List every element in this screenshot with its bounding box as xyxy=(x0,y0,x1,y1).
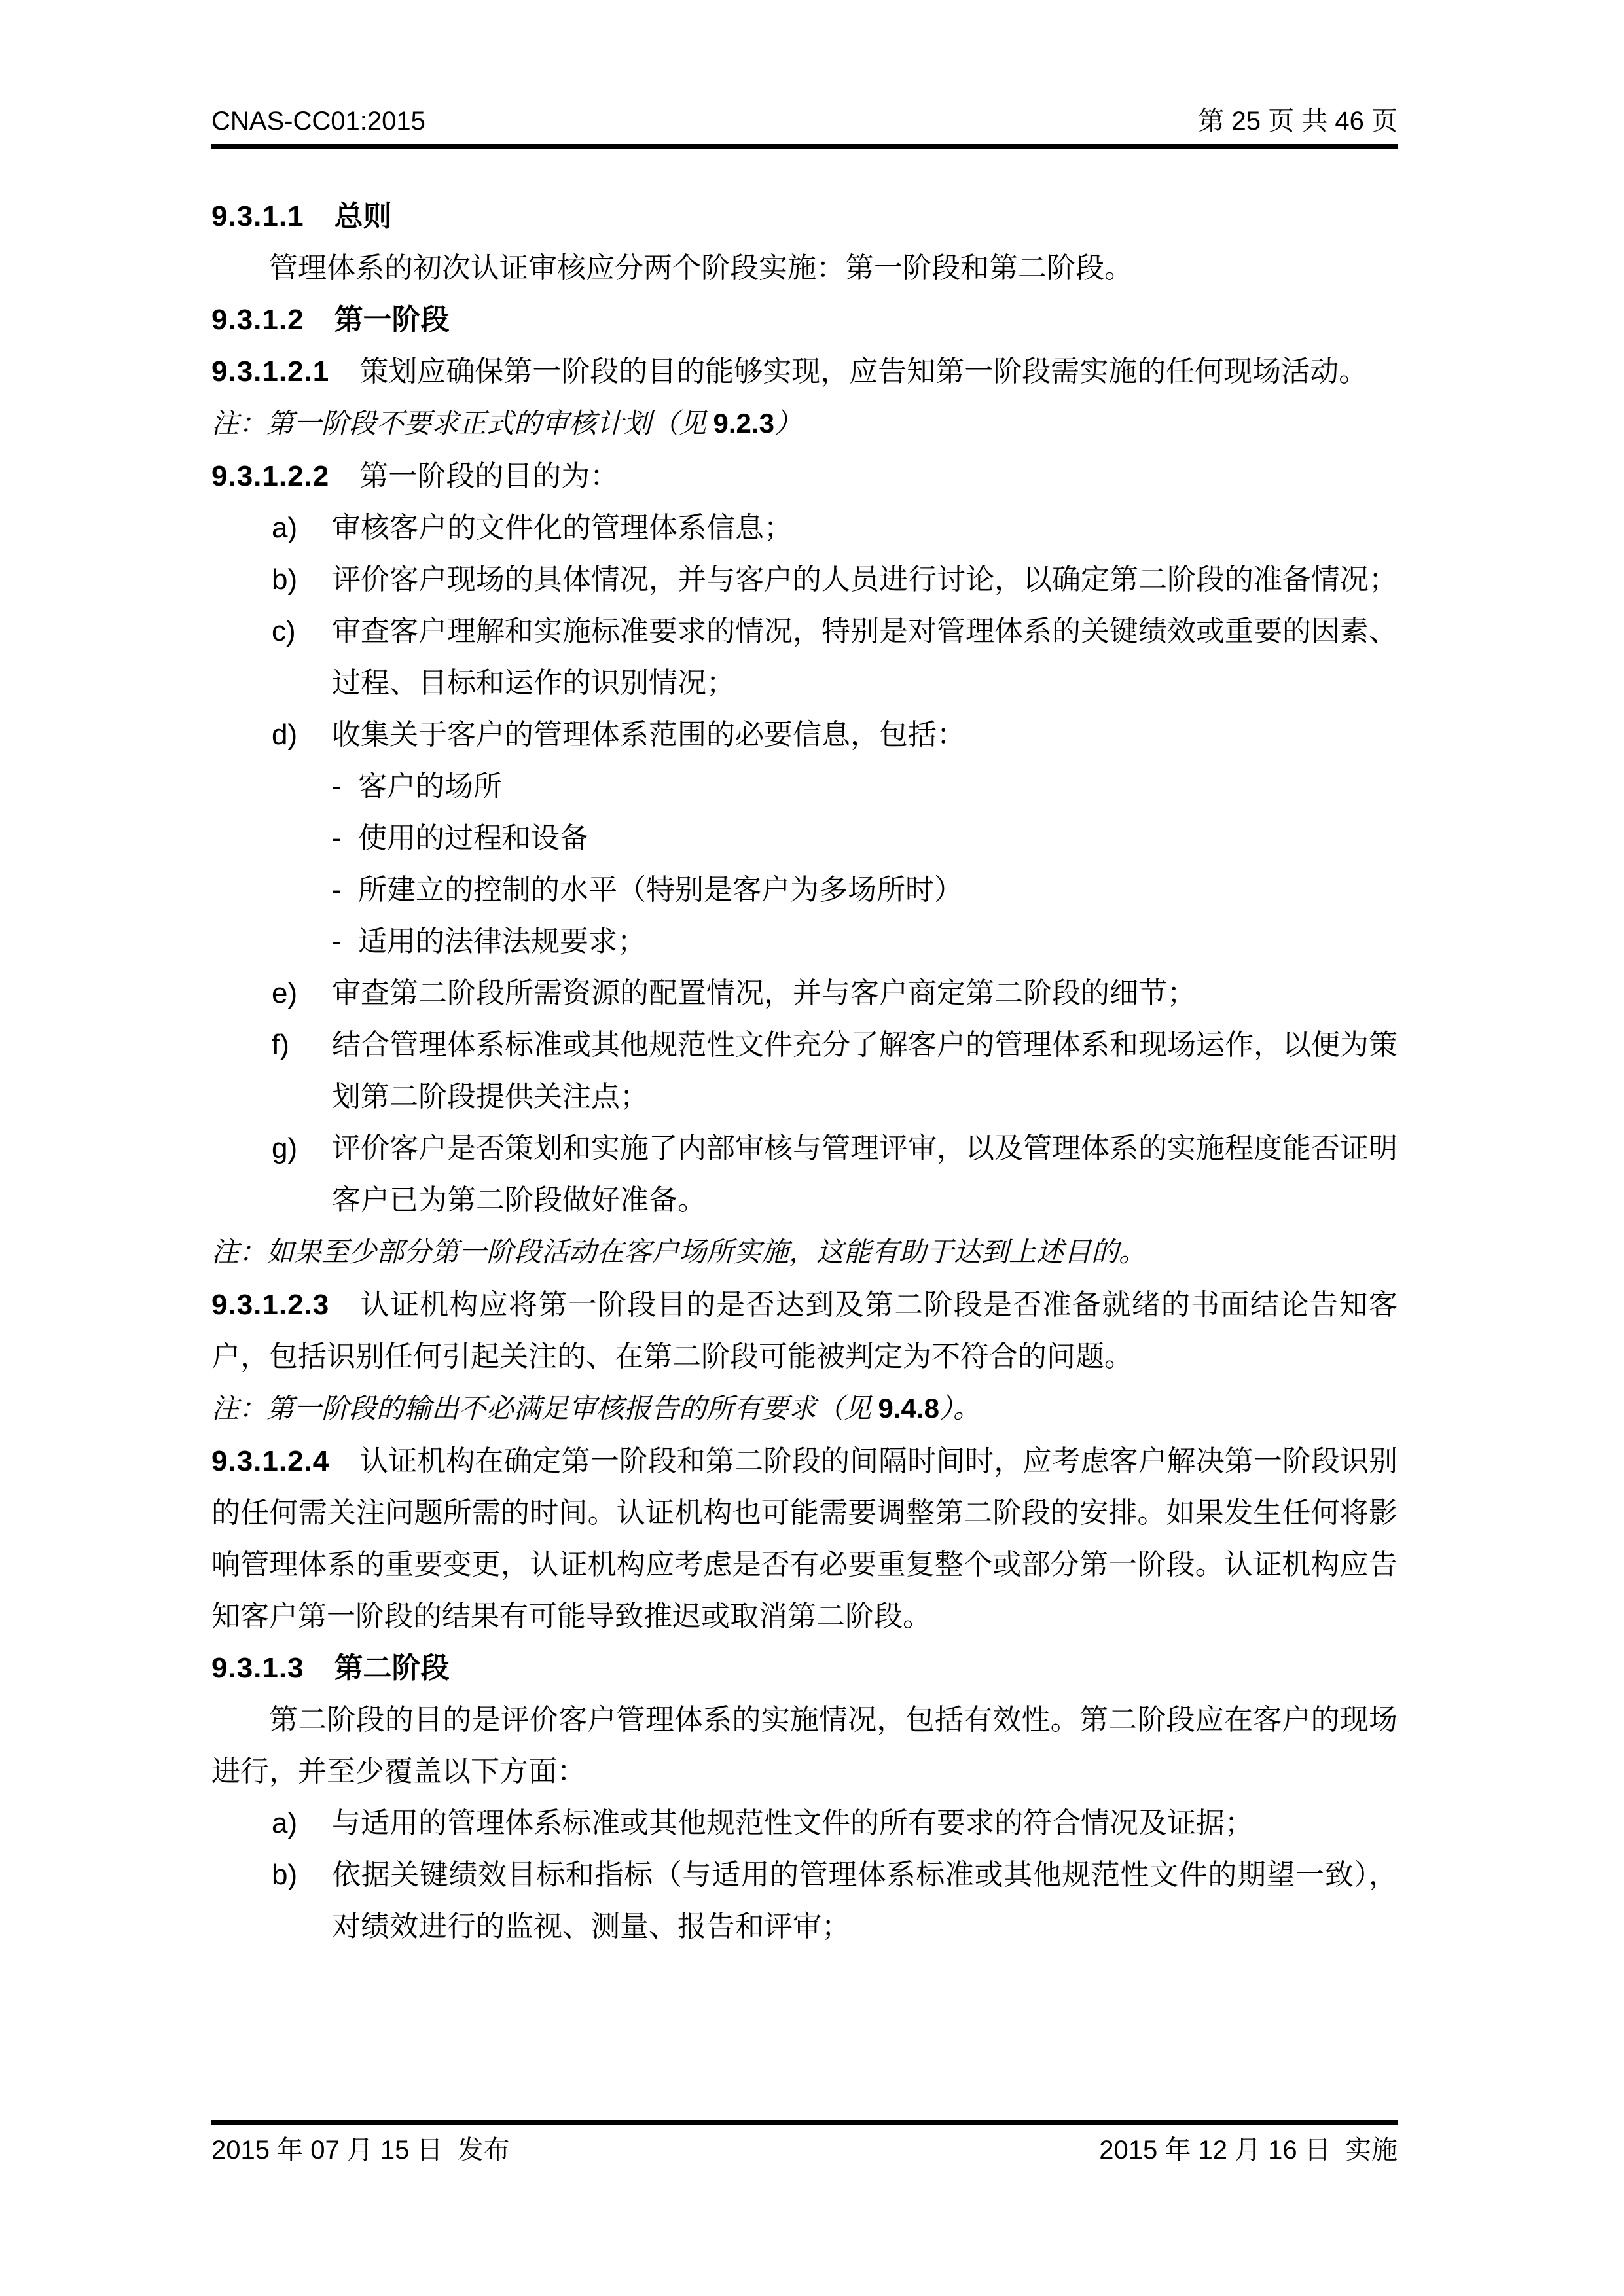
clause-paragraph-9.3.1.2.4: 9.3.1.2.4认证机构在确定第一阶段和第二阶段的间隔时间时，应考虑客户解决第… xyxy=(211,1435,1398,1642)
list-item-text: 与适用的管理体系标准或其他规范性文件的所有要求的符合情况及证据； xyxy=(332,1797,1398,1849)
list-item-text: 结合管理体系标准或其他规范性文件充分了解客户的管理体系和现场运作，以便为策划第二… xyxy=(332,1019,1398,1122)
paragraph: 第二阶段的目的是评价客户管理体系的实施情况，包括有效性。第二阶段应在客户的现场进… xyxy=(211,1694,1398,1797)
list-item-d: d) 收集关于客户的管理体系范围的必要信息，包括： xyxy=(272,709,1398,761)
dash-bullet: - xyxy=(332,761,358,812)
dash-bullet: - xyxy=(332,864,358,916)
clause-number: 9.3.1.2 xyxy=(211,304,304,336)
dash-item-text: 使用的过程和设备 xyxy=(358,812,1398,864)
release-date: 2015 年 07 月 15 日 发布 xyxy=(211,2132,510,2168)
document-code: CNAS-CC01:2015 xyxy=(211,102,425,140)
list-item-b2: b) 依据关键绩效目标和指标（与适用的管理体系标准或其他规范性文件的期望一致），… xyxy=(272,1849,1398,1952)
list-item-label: f) xyxy=(272,1019,332,1122)
clause-number: 9.3.1.2.1 xyxy=(211,355,329,387)
dash-item: - 使用的过程和设备 xyxy=(332,812,1398,864)
page-header: CNAS-CC01:2015 第 25 页 共 46 页 xyxy=(211,102,1398,149)
clause-paragraph-9.3.1.2.1: 9.3.1.2.1策划应确保第一阶段的目的能够实现，应告知第一阶段需实施的任何现… xyxy=(211,346,1398,397)
clause-text: 第一阶段的目的为： xyxy=(359,460,619,492)
clause-number: 9.3.1.2.2 xyxy=(211,460,329,492)
clause-number: 9.3.1.3 xyxy=(211,1652,304,1684)
list-item-label: c) xyxy=(272,605,332,709)
list-item-label: a) xyxy=(272,1797,332,1849)
list-item-e: e) 审查第二阶段所需资源的配置情况，并与客户商定第二阶段的细节； xyxy=(272,967,1398,1019)
note-text: 注：如果至少部分第一阶段活动在客户场所实施，这能有助于达到上述目的。 xyxy=(211,1238,1146,1268)
list-item-label: d) xyxy=(272,709,332,761)
list-item-label: b) xyxy=(272,554,332,605)
dash-item-text: 客户的场所 xyxy=(358,761,1398,812)
clause-title: 第二阶段 xyxy=(334,1652,450,1684)
list-item-label: a) xyxy=(272,502,332,554)
note: 注：如果至少部分第一阶段活动在客户场所实施，这能有助于达到上述目的。 xyxy=(211,1226,1398,1279)
clause-heading-9.3.1.1: 9.3.1.1总则 xyxy=(211,190,1398,242)
clause-heading-9.3.1.3: 9.3.1.3第二阶段 xyxy=(211,1642,1398,1694)
clause-paragraph-9.3.1.2.2: 9.3.1.2.2第一阶段的目的为： xyxy=(211,450,1398,502)
clause-text: 认证机构应将第一阶段目的是否达到及第二阶段是否准备就绪的书面结论告知客户，包括识… xyxy=(211,1289,1398,1372)
list-item-a2: a) 与适用的管理体系标准或其他规范性文件的所有要求的符合情况及证据； xyxy=(272,1797,1398,1849)
list-item-a: a) 审核客户的文件化的管理体系信息； xyxy=(272,502,1398,554)
list-item-f: f) 结合管理体系标准或其他规范性文件充分了解客户的管理体系和现场运作，以便为策… xyxy=(272,1019,1398,1122)
clause-reference: 9.4.8 xyxy=(878,1393,939,1424)
clause-reference: 9.2.3 xyxy=(713,408,774,439)
list-item-text: 收集关于客户的管理体系范围的必要信息，包括： xyxy=(332,709,1398,761)
note: 注：第一阶段的输出不必满足审核报告的所有要求（见 9.4.8）。 xyxy=(211,1382,1398,1435)
clause-title: 总则 xyxy=(334,200,392,232)
clause-title: 第一阶段 xyxy=(334,304,450,336)
list-item-label: e) xyxy=(272,967,332,1019)
clause-number: 9.3.1.2.3 xyxy=(211,1289,329,1321)
list-item-text: 审查客户理解和实施标准要求的情况，特别是对管理体系的关键绩效或重要的因素、过程、… xyxy=(332,605,1398,709)
clause-text: 策划应确保第一阶段的目的能够实现，应告知第一阶段需实施的任何现场活动。 xyxy=(359,355,1367,387)
list-item-label: b) xyxy=(272,1849,332,1952)
dash-item: - 所建立的控制的水平（特别是客户为多场所时） xyxy=(332,864,1398,916)
dash-bullet: - xyxy=(332,916,358,967)
list-item-label: g) xyxy=(272,1122,332,1226)
clause-number: 9.3.1.2.4 xyxy=(211,1445,329,1477)
paragraph: 管理体系的初次认证审核应分两个阶段实施：第一阶段和第二阶段。 xyxy=(211,242,1398,294)
list-item-text: 评价客户是否策划和实施了内部审核与管理评审，以及管理体系的实施程度能否证明客户已… xyxy=(332,1122,1398,1226)
dash-item-text: 适用的法律法规要求； xyxy=(358,916,1398,967)
list-item-c: c) 审查客户理解和实施标准要求的情况，特别是对管理体系的关键绩效或重要的因素、… xyxy=(272,605,1398,709)
list-item-text: 审核客户的文件化的管理体系信息； xyxy=(332,502,1398,554)
page-footer: 2015 年 07 月 15 日 发布 2015 年 12 月 16 日 实施 xyxy=(211,2120,1398,2168)
dash-item: - 客户的场所 xyxy=(332,761,1398,812)
clause-text: 认证机构在确定第一阶段和第二阶段的间隔时间时，应考虑客户解决第一阶段识别的任何需… xyxy=(211,1445,1398,1632)
implementation-date: 2015 年 12 月 16 日 实施 xyxy=(1099,2132,1398,2168)
list-item-text: 审查第二阶段所需资源的配置情况，并与客户商定第二阶段的细节； xyxy=(332,967,1398,1019)
note-text: 注：第一阶段不要求正式的审核计划（见 xyxy=(211,409,713,439)
list-item-text: 评价客户现场的具体情况，并与客户的人员进行讨论，以确定第二阶段的准备情况； xyxy=(332,554,1398,605)
list-item-g: g) 评价客户是否策划和实施了内部审核与管理评审，以及管理体系的实施程度能否证明… xyxy=(272,1122,1398,1226)
note-text: ） xyxy=(774,409,802,439)
page-number: 第 25 页 共 46 页 xyxy=(1198,102,1398,140)
list-item-b: b) 评价客户现场的具体情况，并与客户的人员进行讨论，以确定第二阶段的准备情况； xyxy=(272,554,1398,605)
dash-item: - 适用的法律法规要求； xyxy=(332,916,1398,967)
dash-bullet: - xyxy=(332,812,358,864)
note: 注：第一阶段不要求正式的审核计划（见 9.2.3） xyxy=(211,397,1398,450)
clause-number: 9.3.1.1 xyxy=(211,200,304,232)
note-text: ）。 xyxy=(939,1394,981,1424)
dash-item-text: 所建立的控制的水平（特别是客户为多场所时） xyxy=(358,864,1398,916)
document-body: 9.3.1.1总则 管理体系的初次认证审核应分两个阶段实施：第一阶段和第二阶段。… xyxy=(211,190,1398,1952)
clause-paragraph-9.3.1.2.3: 9.3.1.2.3认证机构应将第一阶段目的是否达到及第二阶段是否准备就绪的书面结… xyxy=(211,1279,1398,1382)
clause-heading-9.3.1.2: 9.3.1.2第一阶段 xyxy=(211,294,1398,346)
note-text: 注：第一阶段的输出不必满足审核报告的所有要求（见 xyxy=(211,1394,878,1424)
list-item-text: 依据关键绩效目标和指标（与适用的管理体系标准或其他规范性文件的期望一致），对绩效… xyxy=(332,1849,1398,1952)
